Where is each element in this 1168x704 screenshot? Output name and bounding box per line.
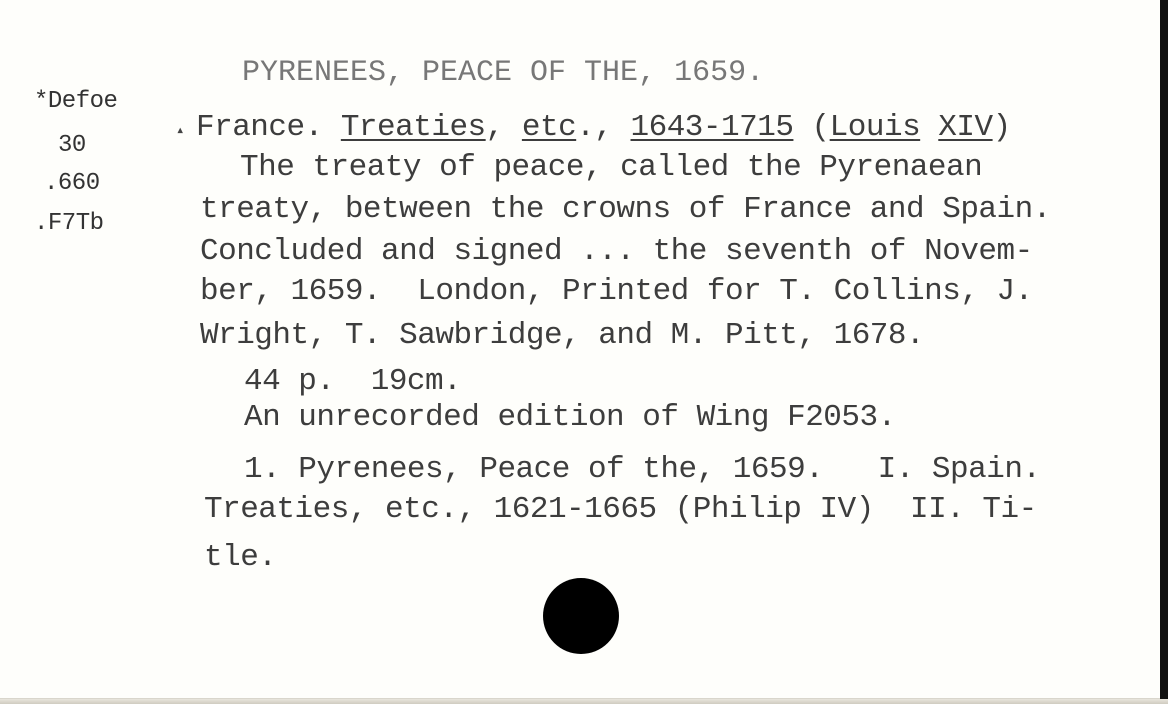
main-entry: France. Treaties, etc., 1643-1715 (Louis…: [196, 110, 1011, 145]
main-entry-etc: etc: [522, 110, 576, 145]
note: An unrecorded edition of Wing F2053.: [244, 400, 896, 435]
catalog-card: PYRENEES, PEACE OF THE, 1659. *Defoe 30 …: [0, 0, 1160, 701]
separator: ,: [486, 110, 522, 145]
tick-mark: ▴: [176, 122, 184, 139]
separator: ): [993, 110, 1011, 145]
card-edge-bottom: [0, 699, 1168, 704]
tracings-line-2: Treaties, etc., 1621-1665 (Philip IV) II…: [204, 492, 1037, 527]
main-entry-xiv: XIV: [938, 110, 992, 145]
title-line-1: The treaty of peace, called the Pyrenaea…: [240, 150, 982, 185]
call-number-line-3: .660: [44, 170, 100, 197]
tracings-line-3: tle.: [204, 540, 276, 575]
tracings-line-1: 1. Pyrenees, Peace of the, 1659. I. Spai…: [244, 452, 1041, 487]
main-entry-treaties: Treaties: [341, 110, 486, 145]
punch-hole: [543, 578, 619, 654]
separator: (: [793, 110, 829, 145]
collation: 44 p. 19cm.: [244, 364, 461, 399]
subject-heading: PYRENEES, PEACE OF THE, 1659.: [242, 56, 764, 90]
main-entry-prefix: France.: [196, 110, 341, 145]
separator: .,: [576, 110, 630, 145]
separator: [920, 110, 938, 145]
call-number-line-1: *Defoe: [34, 88, 117, 115]
call-number-line-2: 30: [58, 132, 86, 159]
title-line-2: treaty, between the crowns of France and…: [200, 192, 1051, 227]
title-line-3: Concluded and signed ... the seventh of …: [200, 234, 1033, 269]
card-edge-right: [1160, 0, 1168, 704]
imprint-line-1: ber, 1659. London, Printed for T. Collin…: [200, 274, 1033, 309]
imprint-line-2: Wright, T. Sawbridge, and M. Pitt, 1678.: [200, 318, 924, 353]
call-number-line-4: .F7Tb: [34, 210, 104, 237]
main-entry-dates: 1643-1715: [631, 110, 794, 145]
main-entry-louis: Louis: [830, 110, 921, 145]
